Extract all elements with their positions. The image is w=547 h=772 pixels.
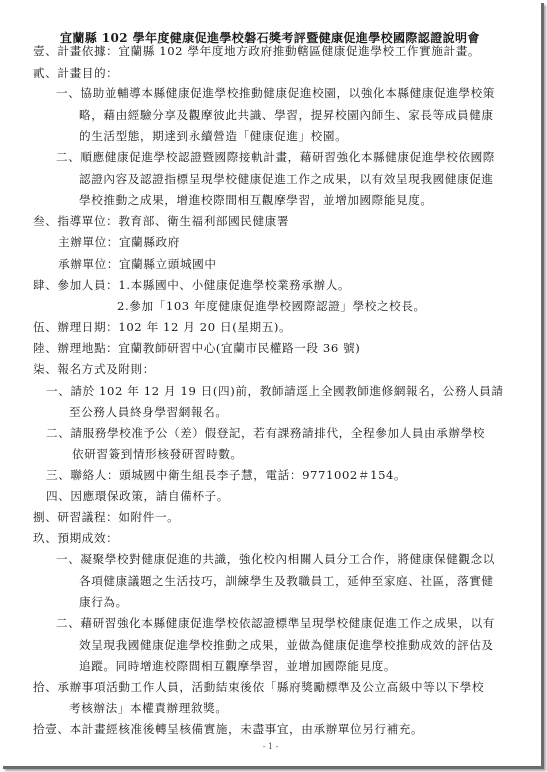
document-line: 捌、研習議程：如附件一。 bbox=[33, 510, 179, 524]
document-line: 略，藉由經驗分享及觀摩彼此共識、學習，提昇校園內師生、家長等成員健康 bbox=[79, 108, 494, 122]
document-line: 認證內容及認證指標呈現學校健康促進工作之成果，以有效呈現我國健康促進 bbox=[79, 172, 494, 186]
document-line: 一、請於 102 年 12 月 19 日(四)前，教師請逕上全國教師進修網報名，… bbox=[46, 384, 504, 398]
document-line: 二、藉研習強化本縣健康促進學校依認證標準呈現學校健康促進工作之成果，以有 bbox=[56, 616, 495, 630]
document-line: 各項健康議題之生活技巧，訓練學生及教職員工，延伸至家庭、社區，落實健 bbox=[79, 574, 494, 588]
document-title: 宜蘭縣 102 學年度健康促進學校磐石獎考評暨健康促進學校國際認證說明會 bbox=[60, 31, 480, 45]
document-line: 承辦單位：宜蘭縣立頭城國中 bbox=[58, 257, 217, 271]
document-line: 考核辦法」本權責辦理敘獎。 bbox=[69, 701, 228, 715]
document-line: 效呈現我國健康促進學校推動之成果，並做為健康促進學校推動成效的評估及 bbox=[79, 638, 494, 652]
document-line: 依研習簽到情形核發研習時數。 bbox=[72, 447, 243, 461]
document-line: 四、因應環保政策，請自備杯子。 bbox=[46, 489, 229, 503]
document-line: 貳、計畫目的： bbox=[33, 66, 118, 80]
document-line: 康行為。 bbox=[79, 595, 128, 609]
document-line: 一、凝聚學校對健康促進的共識，強化校內相關人員分工合作，將健康保健觀念以 bbox=[56, 552, 495, 566]
document-line: 肆、參加人員：1.本縣國中、小健康促進學校業務承辦人。 bbox=[33, 278, 350, 292]
document-line: 拾、承辦事項活動工作人員，活動結束後依「縣府獎勵標準及公立高級中等以下學校 bbox=[33, 680, 484, 694]
document-line: 一、協助並輔導本縣健康促進學校推動健康促進校園，以強化本縣健康促進學校策 bbox=[56, 86, 495, 100]
document-line: 柒、報名方式及附則： bbox=[33, 362, 155, 376]
document-line: 主辦單位：宜蘭縣政府 bbox=[58, 235, 180, 249]
document-line: 學校推動之成果，增進校際間相互觀摩學習，並增加國際能見度。 bbox=[79, 193, 433, 207]
document-line: 的生活型態，期達到永續營造「健康促進」校園。 bbox=[79, 129, 347, 143]
document-line: 三、聯絡人：頭城國中衛生組長李子慧，電話：9771002＃154。 bbox=[46, 468, 406, 482]
document-line: 玖、預期成效： bbox=[33, 531, 118, 545]
document-line: 二、順應健康促進學校認證暨國際接軌計畫，藉研習強化本縣健康促進學校依國際 bbox=[56, 150, 495, 164]
document-line: 伍、辦理日期：102 年 12 月 20 日(星期五)。 bbox=[33, 320, 291, 334]
document-line: 至公務人員終身學習網報名。 bbox=[69, 405, 228, 419]
page-number: - 1 - bbox=[0, 742, 541, 751]
document-page: 宜蘭縣 102 學年度健康促進學校磐石獎考評暨健康促進學校國際認證說明會 壹、計… bbox=[0, 0, 541, 766]
document-line: 追蹤。同時增進校際間相互觀摩學習，並增加國際能見度。 bbox=[79, 659, 396, 673]
document-line: 壹、計畫依據：宜蘭縣 102 學年度地方政府推動轄區健康促進學校工作實施計畫。 bbox=[33, 44, 480, 58]
document-line: 拾壹、本計畫經核准後轉呈核備實施，未盡事宜，由承辦單位另行補充。 bbox=[33, 722, 423, 736]
document-line: 陸、辦理地點：宜蘭教師研習中心(宜蘭市民權路一段 36 號) bbox=[33, 341, 360, 355]
document-line: 叁、指導單位：教育部、衛生福利部國民健康署 bbox=[33, 214, 289, 228]
document-line: 二、請服務學校准予公（差）假登記，若有課務請排代，全程參加人員由承辦學校 bbox=[46, 426, 485, 440]
document-line: 2.參加「103 年度健康促進學校國際認證」學校之校長。 bbox=[117, 299, 426, 313]
